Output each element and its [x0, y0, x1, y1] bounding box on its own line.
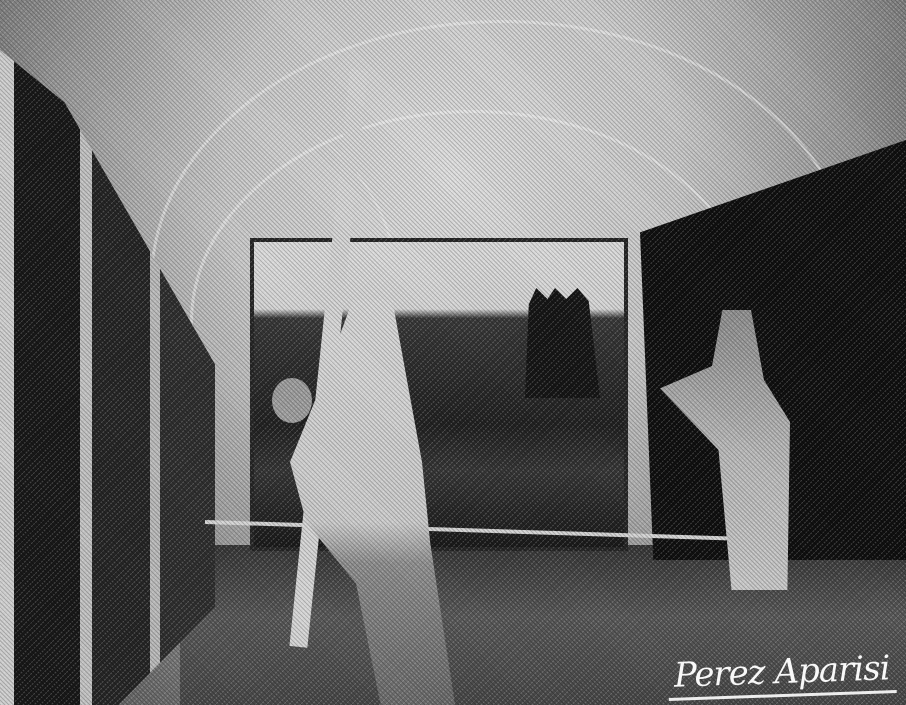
studio-photograph: Perez Aparisi — [0, 0, 906, 705]
halftone-grain — [0, 0, 906, 705]
photographer-signature: Perez Aparisi — [668, 648, 897, 701]
